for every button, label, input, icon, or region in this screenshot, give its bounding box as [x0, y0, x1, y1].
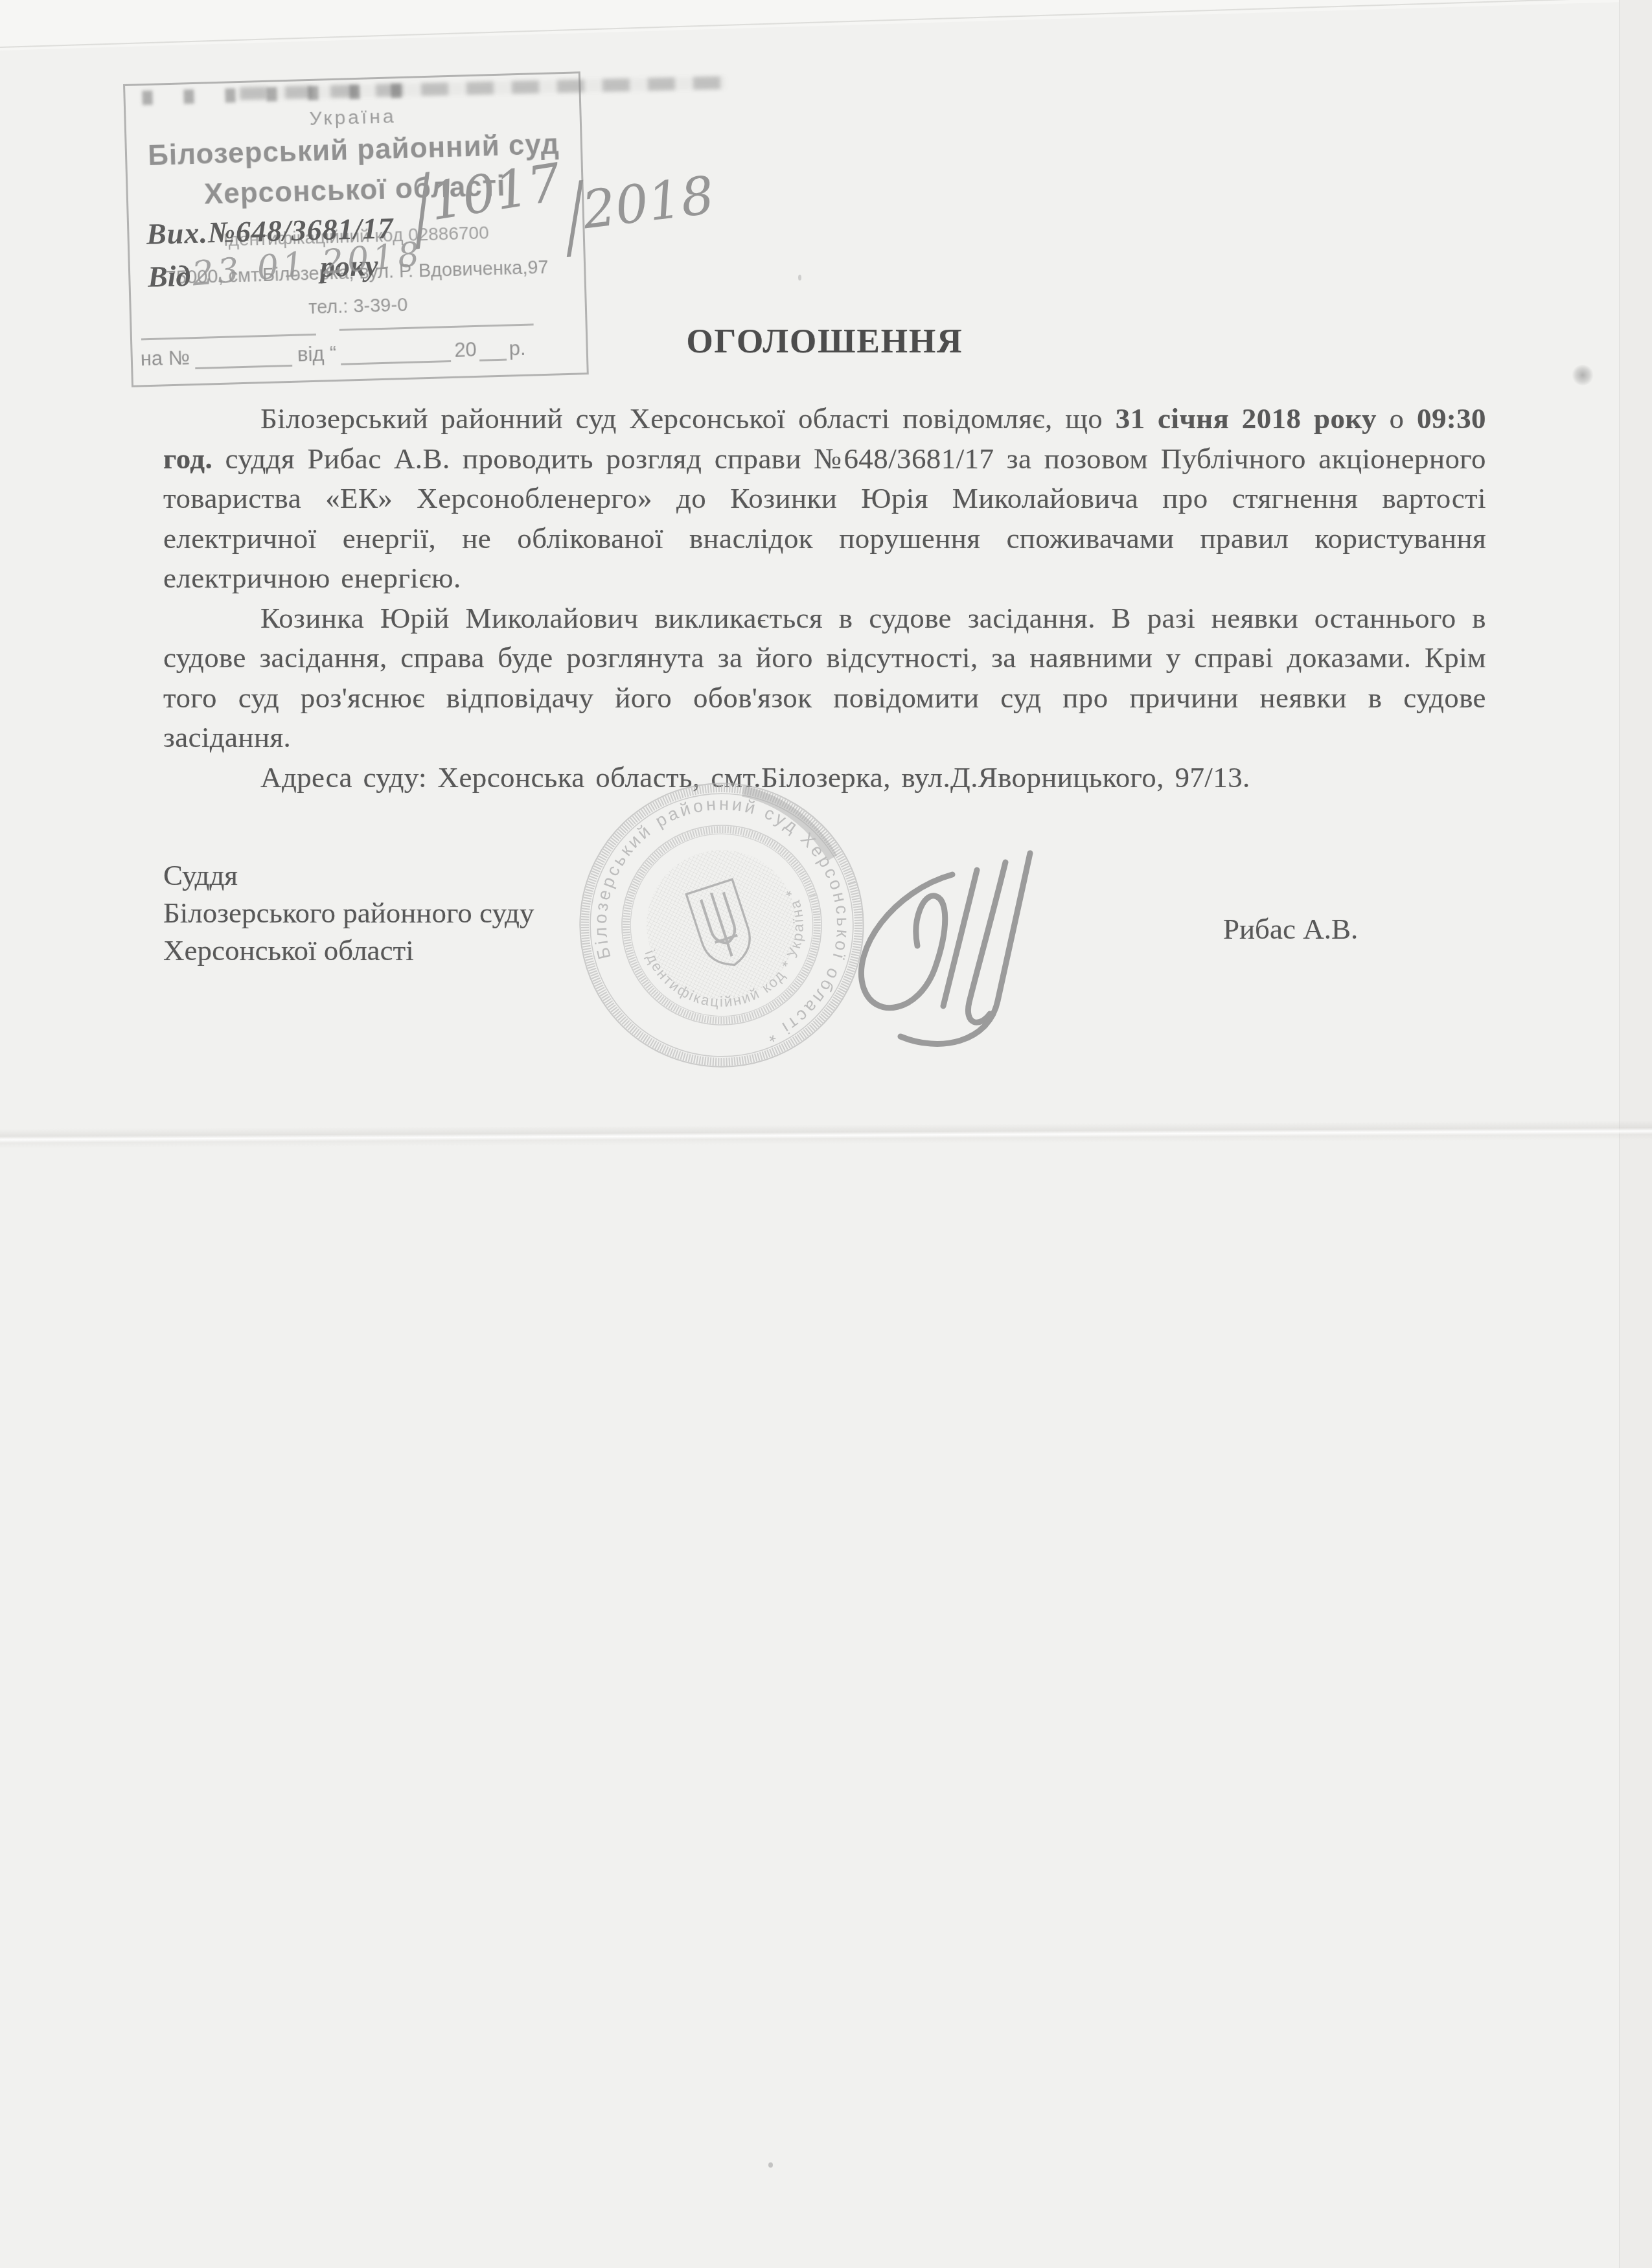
paragraph-announcement: Білозерський районний суд Херсонської об…: [163, 399, 1486, 599]
signer-role: Суддя: [163, 856, 534, 894]
p1-text: Білозерський районний суд Херсонської об…: [260, 402, 1116, 435]
document-body: Білозерський районний суд Херсонської об…: [163, 399, 1486, 797]
stamp-phone: тел.: 3-39-0: [131, 290, 585, 324]
signer-court-line1: Білозерського районного суду: [163, 894, 534, 932]
p1-text: суддя Рибас А.В. проводить розгляд справ…: [163, 442, 1486, 595]
handwritten-year-number: /2018: [562, 165, 717, 242]
scanned-court-announcement: Україна Білозерський районний суд Херсон…: [0, 0, 1652, 2268]
paper-fold-crease: [0, 1120, 1652, 1148]
stamp-illegible-remnants: [142, 83, 420, 105]
signature-block: Суддя Білозерського районного суду Херсо…: [163, 856, 534, 969]
outgoing-date-prefix: Від: [147, 258, 191, 294]
judge-signature-ink: [813, 839, 1092, 1053]
paragraph-summons: Козинка Юрій Миколайович викликається в …: [163, 599, 1486, 758]
ink-smudge-dot: [1572, 365, 1594, 385]
signer-court-line2: Херсонської області: [163, 932, 534, 969]
paper-speck: [768, 2162, 773, 2168]
p1-text: о: [1377, 402, 1417, 435]
handwritten-year-digits: 2018: [579, 165, 717, 240]
p1-bold-date: 31 січня 2018 року: [1116, 402, 1377, 435]
scan-paper-edge: [0, 0, 1652, 53]
document-title: ОГОЛОШЕННЯ: [163, 322, 1486, 361]
signer-name: Рибас А.В.: [1223, 912, 1358, 946]
paper-speck: [798, 275, 801, 281]
